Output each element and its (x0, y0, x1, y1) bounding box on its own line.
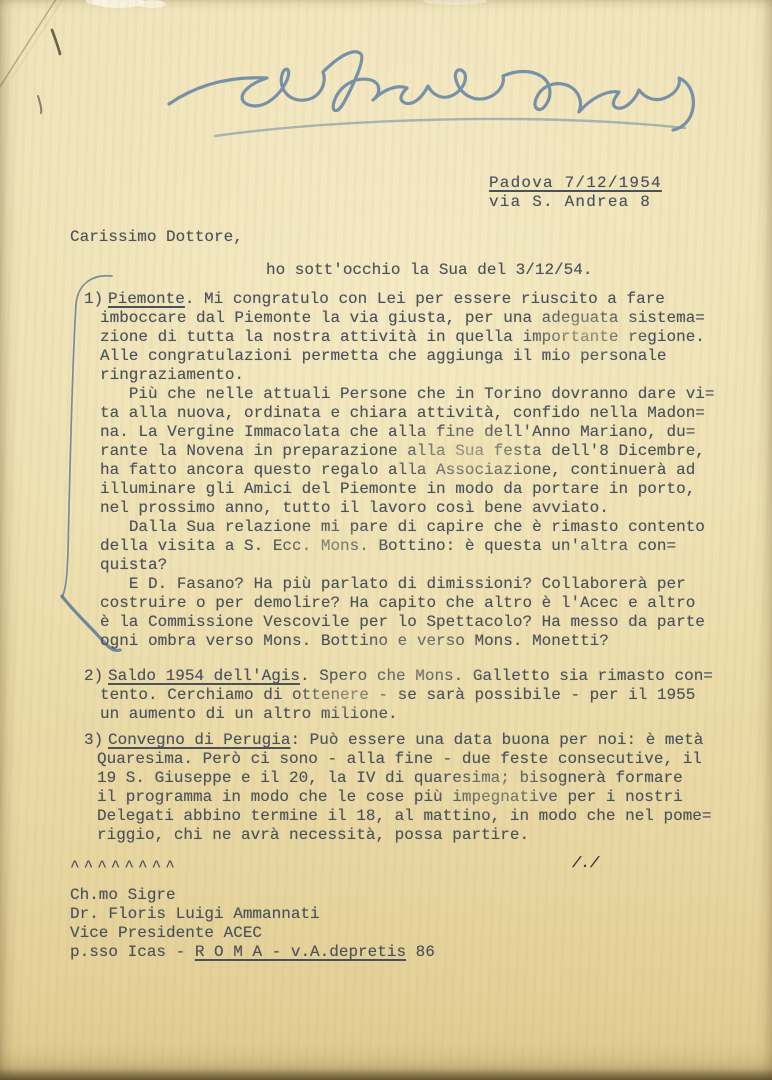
date-block: Padova 7/12/1954 via S. Andrea 8 (489, 174, 662, 212)
item-heading: Convegno di Perugia (108, 731, 290, 749)
item-first-line: Piemonte. Mi congratulo con Lei per esse… (108, 290, 748, 309)
letter-page: Padova 7/12/1954 via S. Andrea 8 Carissi… (0, 0, 772, 1080)
item-number: 2) (84, 667, 108, 686)
pencil-tick-mark (52, 30, 60, 54)
handwritten-page-mark: /./ (570, 855, 601, 872)
item-heading-suffix: . Mi congratulo con Lei per essere riusc… (185, 290, 665, 308)
item-number: 3) (84, 731, 108, 750)
recipient-lines: Ch.mo Sigre Dr. Floris Luigi Ammannati V… (70, 886, 435, 943)
item-heading-suffix: . Spero che Mons. Galletto sia rimasto c… (300, 667, 713, 685)
letter-item-1: 1) Piemonte. Mi congratulo con Lei per e… (84, 290, 748, 651)
letter-opening-line: ho sott'occhio la Sua del 3/12/54. (266, 261, 592, 280)
item-body-lines: tento. Cerchiamo di ottenere - se sarà p… (100, 686, 748, 724)
item-body-lines: Quaresima. Però ci sono - alla fine - du… (97, 750, 748, 845)
letter-item-3: 3) Convegno di Perugia: Può essere una d… (84, 731, 748, 845)
item-number: 1) (84, 290, 108, 309)
letter-sender-address: via S. Andrea 8 (489, 193, 662, 212)
item-heading: Piemonte (108, 290, 185, 308)
letter-date: Padova 7/12/1954 (489, 174, 662, 193)
handwritten-signature (155, 42, 715, 147)
item-first-line: Convegno di Perugia: Può essere una data… (108, 731, 748, 750)
item-first-line: Saldo 1954 dell'Agis. Spero che Mons. Ga… (108, 667, 748, 686)
item-body-lines: imboccare dal Piemonte la via giusta, pe… (100, 309, 748, 651)
recipient-address-prefix: p.sso Icas - (70, 943, 195, 961)
letter-salutation: Carissimo Dottore, (70, 228, 243, 247)
letter-item-2: 2) Saldo 1954 dell'Agis. Spero che Mons.… (84, 667, 748, 724)
pencil-tick-mark (38, 96, 41, 113)
recipient-city: R O M A - v.A.depretis (195, 943, 406, 961)
typed-separator: ^^^^^^^^ (70, 858, 179, 877)
item-heading: Saldo 1954 dell'Agis (108, 667, 300, 685)
recipient-block: Ch.mo Sigre Dr. Floris Luigi Ammannati V… (70, 886, 435, 962)
item-heading-suffix: : Può essere una data buona per noi: è m… (290, 731, 703, 749)
recipient-address-line: p.sso Icas - R O M A - v.A.depretis 86 (70, 943, 435, 962)
recipient-street-number: 86 (406, 943, 435, 961)
